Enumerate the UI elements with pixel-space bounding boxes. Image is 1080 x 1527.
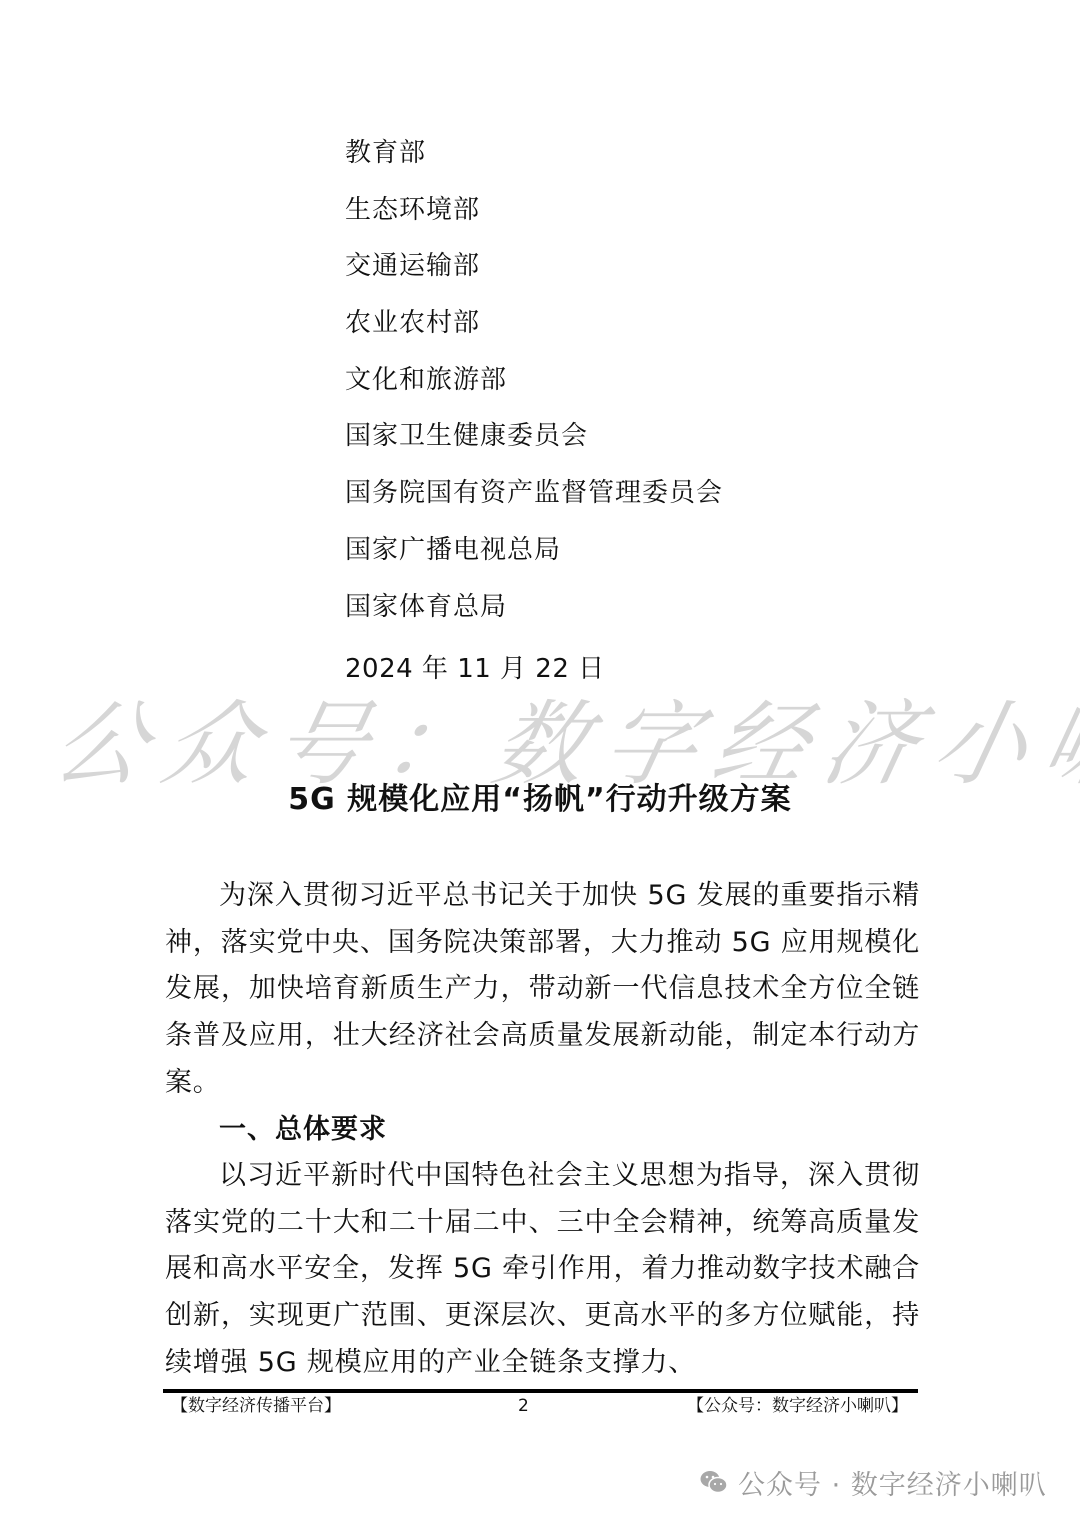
agency-item: 生态环境部 — [345, 197, 723, 254]
issue-date: 2024 年 11 月 22 日 — [345, 656, 605, 682]
agency-item: 国务院国有资产监督管理委员会 — [345, 480, 723, 537]
footer-platform: 【数字经济传播平台】 — [171, 1395, 341, 1417]
agency-item: 国家体育总局 — [345, 594, 723, 651]
agency-item: 国家卫生健康委员会 — [345, 423, 723, 480]
agency-item: 交通运输部 — [345, 253, 723, 310]
footer-account: 【公众号：数字经济小喇叭】 — [687, 1395, 908, 1417]
agency-list: 教育部 生态环境部 交通运输部 农业农村部 文化和旅游部 国家卫生健康委员会 国… — [345, 140, 723, 650]
footer-divider — [163, 1389, 918, 1393]
page-footer: 【数字经济传播平台】 2 【公众号：数字经济小喇叭】 — [163, 1395, 918, 1417]
agency-item: 农业农村部 — [345, 310, 723, 367]
section-paragraph: 以习近平新时代中国特色社会主义思想为指导，深入贯彻落实党的二十大和二十届二中、三… — [165, 1153, 920, 1387]
account-badge[interactable]: 公众号 · 数字经济小喇叭 — [700, 1460, 1047, 1504]
page-number: 2 — [518, 1395, 529, 1417]
agency-item: 文化和旅游部 — [345, 367, 723, 424]
agency-item: 教育部 — [345, 140, 723, 197]
section-heading: 一、总体要求 — [219, 1107, 387, 1153]
wechat-icon — [700, 1469, 728, 1495]
agency-item: 国家广播电视总局 — [345, 537, 723, 594]
account-badge-label: 公众号 · 数字经济小喇叭 — [738, 1463, 1047, 1502]
document-title: 5G 规模化应用“扬帆”行动升级方案 — [0, 780, 1080, 820]
intro-paragraph: 为深入贯彻习近平总书记关于加快 5G 发展的重要指示精神，落实党中央、国务院决策… — [165, 873, 920, 1107]
